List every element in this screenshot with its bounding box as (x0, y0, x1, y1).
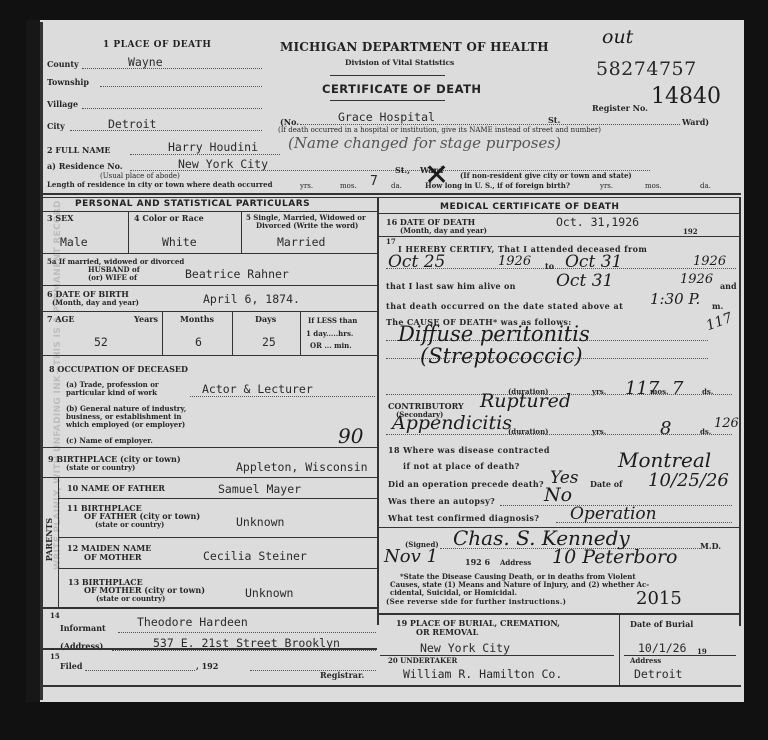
rule (43, 211, 377, 212)
test-value: Operation (570, 504, 657, 524)
division-label: Division of Vital Statistics (345, 58, 454, 67)
marital-label-2: Divorced (Write the word) (256, 222, 358, 230)
sign-year: 192 6 (465, 558, 490, 567)
hospital-note: (If death occurred in a hospital or inst… (278, 126, 601, 134)
death-time-value: 1:30 P. (650, 290, 700, 308)
full-name-label: 2 FULL NAME (47, 146, 111, 155)
race-value: White (162, 235, 197, 249)
section-place-of-death: 1 PLACE OF DEATH (103, 40, 211, 50)
res-mos-label: mos. (340, 182, 357, 190)
age-years-label: Years (134, 315, 158, 324)
attended-to-year: 1926 (693, 254, 726, 269)
medical-section-title: MEDICAL CERTIFICATE OF DEATH (440, 202, 619, 212)
dod-192-label: 192 (683, 228, 698, 236)
rule (43, 253, 377, 254)
hospital-line (300, 124, 680, 125)
father-name-label: 10 NAME OF FATHER (67, 484, 165, 493)
rule (43, 477, 377, 478)
rule (43, 685, 741, 687)
township-line (100, 86, 262, 87)
city-value: Detroit (108, 117, 156, 131)
hospital-value: Grace Hospital (338, 110, 435, 124)
attended-from-year: 1926 (498, 254, 531, 269)
department-title: MICHIGAN DEPARTMENT OF HEALTH (280, 40, 549, 54)
contracted-value: Montreal (618, 448, 711, 472)
residence-value: New York City (178, 157, 268, 171)
occupation-label: 8 OCCUPATION OF DECEASED (49, 365, 188, 374)
sex-value: Male (60, 235, 88, 249)
to-label: to (545, 262, 554, 271)
rule (379, 236, 739, 237)
age-months-value: 6 (195, 335, 202, 349)
full-name-value: Harry Houdini (168, 140, 258, 154)
sign-date: Nov 1 (384, 546, 438, 567)
duration-2-da-label: ds. (700, 428, 711, 436)
us-yrs-label: yrs. (600, 182, 613, 190)
res-mos-value: 7 (370, 174, 378, 189)
dod-value: Oct. 31,1926 (556, 215, 639, 229)
attended-to: Oct 31 (565, 252, 622, 272)
village-label: Village (47, 100, 78, 109)
left-border (40, 22, 43, 700)
undertaker-value: William R. Hamilton Co. (403, 667, 562, 681)
last-saw-label: that I last saw him alive on (386, 282, 516, 291)
right-border (739, 198, 741, 626)
father-bp-label-3: (state or country) (95, 521, 164, 529)
rule (619, 615, 620, 685)
medical-address-label: Address (500, 559, 531, 567)
parents-side-label: PARENTS (45, 518, 54, 561)
full-name-line (130, 154, 280, 155)
res-yrs-label: yrs. (300, 182, 313, 190)
residence-label: a) Residence No. (47, 162, 123, 171)
rule (162, 311, 163, 355)
burial-date-label: Date of Burial (630, 620, 693, 629)
md-label: M.D. (700, 542, 721, 551)
informant-address-line (112, 650, 376, 651)
death-time-label: that death occurred on the date stated a… (386, 302, 623, 311)
informant-line (118, 632, 376, 633)
certificate-number: 58274757 (596, 58, 697, 80)
spouse-value: Beatrice Rahner (185, 267, 289, 281)
informant-number: 14 (50, 612, 60, 620)
burial-place-label-2: OR REMOVAL (416, 628, 478, 637)
rule (379, 213, 739, 214)
mother-name-label-2: OF MOTHER (84, 553, 142, 562)
village-line (82, 108, 262, 109)
header-bottom-rule (43, 193, 741, 195)
age-days-value: 25 (262, 335, 276, 349)
burial-date-value: 10/1/26 (638, 641, 686, 655)
city-line (70, 130, 262, 131)
cause-line-2-value: (Streptococcic) (420, 344, 583, 368)
father-name-value: Samuel Mayer (218, 482, 301, 496)
rule (58, 477, 59, 607)
less-than-label: If LESS than (308, 317, 357, 325)
certify-number: 17 (386, 238, 396, 246)
race-label: 4 Color or Race (134, 214, 204, 223)
autopsy-value: No (544, 484, 572, 506)
contributory-line-1: Ruptured (480, 390, 571, 412)
informant-label: Informant (60, 624, 106, 633)
rule (43, 607, 377, 609)
occupation-line (190, 396, 375, 397)
age-days-label: Days (255, 315, 276, 324)
county-line (82, 68, 262, 69)
and-label: and (720, 282, 737, 291)
residence-st-label: St., (395, 166, 410, 175)
spouse-label-3: (or) WIFE of (88, 274, 137, 282)
instructions-line-3: cidental, Suicidal, or Homicidal. (390, 589, 517, 597)
operation-date-value: 10/25/26 (648, 470, 729, 491)
rule (232, 311, 233, 355)
duration-1-da-label: ds. (702, 388, 713, 396)
operation-label: Did an operation precede death? (388, 480, 544, 489)
mother-name-value: Cecilia Steiner (203, 549, 307, 563)
duration-1-yrs-label: yrs. (592, 388, 606, 396)
duration-line-2 (386, 434, 732, 435)
age-years-value: 52 (94, 335, 108, 349)
rule (43, 285, 377, 286)
father-bp-value: Unknown (236, 515, 284, 529)
duration-2-label: (duration) (508, 428, 548, 436)
test-label: What test confirmed diagnosis? (388, 514, 539, 523)
filed-year-label: , 192 (196, 662, 218, 671)
undertaker-address-value: Detroit (634, 667, 682, 681)
residence-sublabel: (Usual place of abode) (100, 172, 180, 180)
rule (43, 311, 377, 312)
county-value: Wayne (128, 55, 163, 69)
marital-value: Married (277, 235, 325, 249)
rule (43, 648, 377, 650)
side-margin-strip: WRITE PLAINLY, WITH UNFADING INK—THIS IS… (26, 20, 40, 702)
undertaker-label: 20 UNDERTAKER (388, 657, 457, 665)
operation-date-label: Date of (590, 480, 622, 489)
rule (379, 613, 741, 615)
less-min-label: OR ... min. (310, 342, 352, 350)
duration-1-days: 7 (672, 378, 683, 399)
personal-section-title: PERSONAL AND STATISTICAL PARTICULARS (75, 199, 310, 209)
register-number: 14840 (651, 84, 721, 109)
birthplace-value: Appleton, Wisconsin (236, 460, 368, 474)
rule (43, 447, 377, 448)
instructions-line-4: (See reverse side for further instructio… (386, 598, 566, 606)
occ-c-label: (c) Name of employer. (66, 437, 153, 445)
informant-value: Theodore Hardeen (137, 615, 248, 629)
medical-address-value: 10 Peterboro (552, 546, 677, 568)
cross-mark: ✕ (424, 158, 449, 193)
filed-number: 15 (50, 653, 60, 661)
not-place-label: if not at place of death? (403, 462, 520, 471)
rule (43, 355, 377, 356)
last-saw-year: 1926 (680, 272, 713, 287)
rule (300, 311, 301, 355)
mother-bp-label-3: (state or country) (96, 595, 165, 603)
cause-line-1-value: Diffuse peritonitis (398, 322, 590, 346)
title-rule (330, 75, 445, 76)
contributory-code: 126 (714, 416, 739, 431)
sex-label: 3 SEX (47, 214, 73, 223)
us-da-label: da. (700, 182, 711, 190)
center-divider (377, 198, 379, 625)
city-label: City (47, 122, 65, 131)
rule (58, 537, 377, 538)
county-label: County (47, 60, 79, 69)
out-annotation: out (602, 26, 633, 48)
filed-line (85, 670, 195, 671)
bottom-code: 2015 (636, 588, 682, 609)
age-label: 7 AGE (47, 315, 75, 324)
mother-bp-value: Unknown (245, 586, 293, 600)
rule (241, 211, 242, 253)
hospital-ward-label: Ward) (682, 118, 709, 127)
title-rule-bottom (330, 100, 445, 101)
dob-value: April 6, 1874. (203, 292, 300, 306)
birthplace-label-2: (state or country) (66, 464, 135, 472)
township-label: Township (47, 78, 89, 87)
undertaker-address-label: Address (630, 657, 661, 665)
rule (58, 498, 377, 499)
occupation-code: 90 (338, 424, 363, 448)
contracted-label: 18 Where was disease contracted (388, 446, 550, 455)
dob-label-2: (Month, day and year) (52, 299, 139, 307)
duration-2-yrs-label: yrs. (592, 428, 606, 436)
nonresident-note: (If non-resident give city or town and s… (460, 172, 632, 180)
age-months-label: Months (180, 315, 214, 324)
occ-a-label-2: particular kind of work (66, 389, 157, 397)
length-of-residence-label: Length of residence in city or town wher… (47, 181, 272, 189)
contributory-line-2: Appendicitis (392, 412, 512, 434)
rule (58, 568, 377, 569)
death-time-m-label: m. (712, 302, 723, 311)
autopsy-label: Was there an autopsy? (388, 497, 495, 506)
filed-label: Filed (60, 662, 82, 671)
header-bottom-rule-2 (43, 197, 741, 198)
last-saw-value: Oct 31 (556, 271, 613, 291)
rule (128, 211, 129, 253)
name-change-note: (Name changed for stage purposes) (288, 134, 561, 152)
duration-2-days: 8 (660, 418, 671, 439)
less-hrs-label: 1 day.....hrs. (306, 330, 353, 338)
us-mos-label: mos. (645, 182, 662, 190)
registrar-label: Registrar. (320, 671, 364, 680)
occ-b-label-3: which employed (or employer) (66, 421, 185, 429)
duration-1-mos-label: mos. (650, 388, 668, 396)
register-label: Register No. (592, 104, 648, 113)
burial-place-value: New York City (420, 641, 510, 655)
occ-a-value: Actor & Lecturer (202, 382, 313, 396)
res-da-label: da. (391, 182, 402, 190)
attended-from: Oct 25 (388, 252, 445, 272)
dod-label-2: (Month, day and year) (400, 227, 487, 235)
certificate-title: CERTIFICATE OF DEATH (322, 82, 482, 96)
